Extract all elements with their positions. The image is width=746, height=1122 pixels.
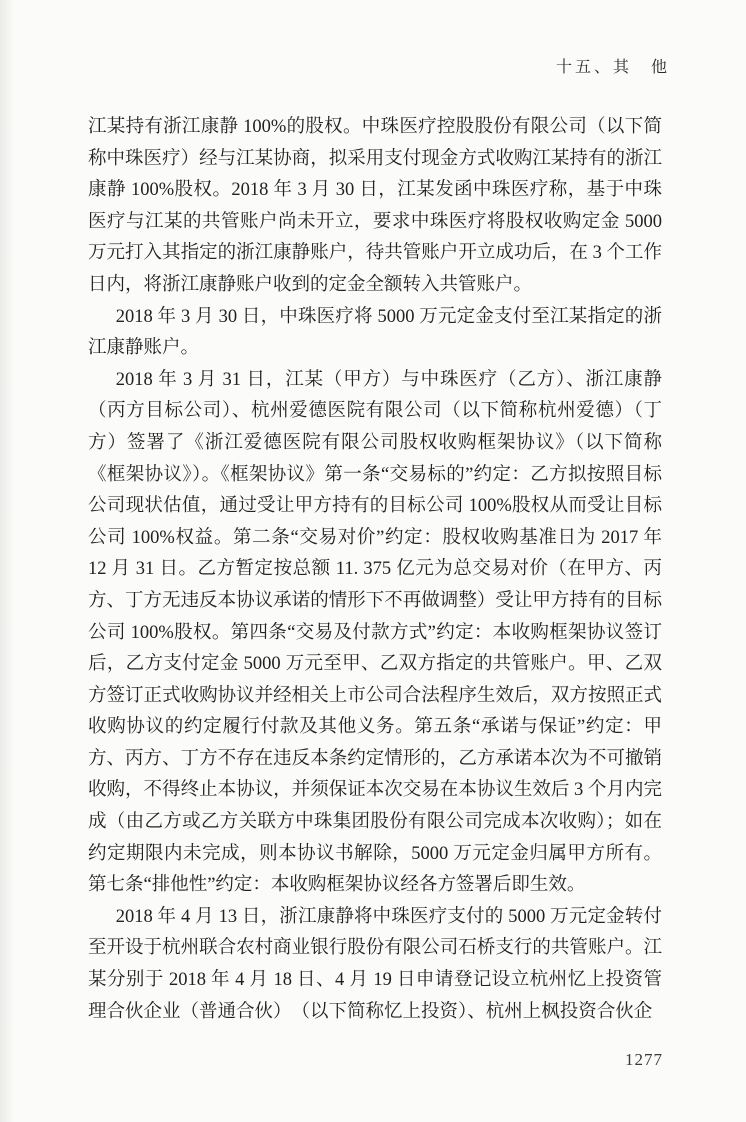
body-paragraph: 2018 年 3 月 30 日，中珠医疗将 5000 万元定金支付至江某指定的浙… bbox=[88, 302, 662, 365]
body-paragraph: 2018 年 4 月 13 日，浙江康静将中珠医疗支付的 5000 万元定金转付… bbox=[88, 902, 662, 1028]
running-header-section-title: 十五、其 他 bbox=[556, 54, 670, 77]
document-page: 十五、其 他 江某持有浙江康静 100%的股权。中珠医疗控股股份有限公司（以下简… bbox=[0, 0, 746, 1122]
body-text-block: 江某持有浙江康静 100%的股权。中珠医疗控股股份有限公司（以下简称中珠医疗）经… bbox=[88, 112, 662, 1028]
page-number: 1277 bbox=[625, 1050, 663, 1070]
scan-edge-artifact bbox=[0, 0, 14, 1122]
body-paragraph: 2018 年 3 月 31 日，江某（甲方）与中珠医疗（乙方）、浙江康静（丙方目… bbox=[88, 365, 662, 902]
body-paragraph: 江某持有浙江康静 100%的股权。中珠医疗控股股份有限公司（以下简称中珠医疗）经… bbox=[88, 112, 662, 302]
